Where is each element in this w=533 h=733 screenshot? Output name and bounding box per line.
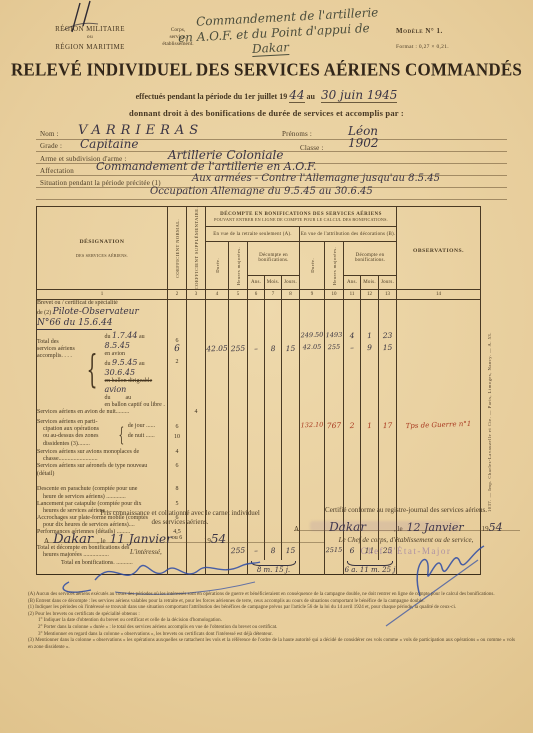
left-date-line: A Dakar , le 11 Janvier 1954	[44, 530, 324, 543]
right-year-hw: 54	[489, 521, 503, 534]
brevet-handwritten-1: Pilote-Observateur	[53, 307, 139, 317]
region-line1: RÉGION MILITAIRE	[38, 24, 142, 34]
left-date-hw: 11 Janvier	[110, 532, 172, 546]
stamp-smudge	[310, 521, 460, 531]
brevet-line1: Brevet ou / certificat de spécialité	[37, 300, 167, 307]
participation-de-jour: de jour ......	[128, 423, 155, 430]
classe-label: Classe :	[300, 144, 324, 152]
total-date3-hw: 9.5.45	[112, 358, 137, 367]
header-ans-b: Ans.	[344, 275, 361, 290]
left-year-hw: 54	[211, 532, 226, 546]
total-label-1: Total des	[37, 339, 80, 346]
footnote-1: (1) Indiquer les périodes où l'intéressé…	[28, 605, 515, 612]
header-decorations: En vue de l'attribution des décorations …	[300, 227, 397, 242]
table-row-total-services: Total des services aériens accomplis. . …	[37, 330, 481, 410]
cell-a-duree: 42.05	[206, 343, 228, 353]
affectation-value: Commandement de l'artillerie en A.O.F.	[96, 160, 317, 173]
subtitle-year1-handwritten: 44	[289, 88, 304, 103]
participation-de-nuit: de nuit ......	[128, 433, 155, 440]
footnote-a: (A) Aucun des services aériens exécutés …	[28, 592, 515, 599]
header-decompte-bonif-a: Décompte en bonifications.	[248, 242, 300, 276]
header-coefficient-supplementaire: COEFFICIENT SUPPLÉMENTAIRE.	[187, 207, 206, 290]
classe-value: 1902	[348, 136, 379, 150]
region-line3: RÉGION MARITIME	[38, 42, 142, 52]
header-retraite: En vue de la retraite seulement (A).	[206, 227, 300, 242]
brevet-handwritten-2: N°66 du 15.6.44	[37, 318, 112, 330]
header-mois-b: Mois.	[361, 275, 379, 290]
footnote-3: (3) Mentionner dans la colonne « observa…	[28, 638, 515, 651]
coef-avion: 6	[168, 338, 186, 344]
footnote-2-2: 2° Porter dans la colonne « durée » : le…	[28, 625, 515, 632]
header-heures-majorees-a: Heures majorées.	[229, 242, 248, 290]
decompte-subtitle: POUVANT ENTRER EN LIGNE DE COMPTE POUR L…	[206, 217, 396, 222]
subtitle-date2-handwritten: 30 juin 1945	[321, 88, 397, 103]
header-duree-a: Durée.	[206, 242, 229, 290]
header-duree-b: Durée.	[300, 242, 325, 290]
subtitle-bonifications: donnant droit à des bonifications de dur…	[0, 108, 533, 118]
table-row-avion-nuit: Services aériens en avion de nuit.......…	[37, 409, 481, 419]
cell-a-mois: 8	[265, 343, 281, 353]
footnote-2-3: 3° Mentionner en regard dans la colonne …	[28, 632, 515, 639]
designation-subtitle: DES SERVICES AÉRIENS.	[37, 253, 167, 258]
situation-label: Situation pendant la période précitée (1…	[40, 179, 161, 187]
coef-ballon: 2	[168, 359, 186, 365]
region-line2: ou	[38, 34, 142, 42]
column-number-row: 12 34 56 78 910 1112 1314	[37, 290, 481, 300]
nom-label: Nom :	[40, 130, 59, 138]
scanned-form-page: RÉGION MILITAIRE ou RÉGION MARITIME Corp…	[0, 0, 533, 733]
brace: {	[119, 424, 125, 444]
header-decompte: DÉCOMPTE EN BONIFICATIONS DES SERVICES A…	[206, 207, 397, 227]
footnote-2: (2) Pour les brevets ou certificats de s…	[28, 612, 515, 619]
header-observations: OBSERVATIONS.	[397, 207, 481, 290]
left-place-hw: Dakar	[53, 532, 93, 547]
nom-value: VARRIERAS	[78, 123, 203, 138]
total-date4-hw: 30.6.45	[105, 368, 136, 377]
table-row-monoplaces: Services aériens sur avions monoplaces d…	[37, 449, 481, 463]
total-en-avion: en avion	[105, 351, 168, 358]
grade-value: Capitaine	[80, 137, 139, 151]
printer-imprint: 1037. — Imp. Charles-Lavauzelle et Cie. …	[487, 212, 492, 512]
designation-title: DÉSIGNATION	[37, 239, 167, 245]
header-designation: DÉSIGNATION DES SERVICES AÉRIENS.	[37, 207, 168, 290]
decompte-title: DÉCOMPTE EN BONIFICATIONS DES SERVICES A…	[206, 212, 396, 217]
right-attestation: Certifié conforme au registre-journal de…	[290, 506, 522, 514]
header-jours-a: Jours.	[282, 275, 300, 290]
situation-value-1: Aux armées - Contre l'Allemagne jusqu'au…	[192, 173, 440, 184]
field-rule	[36, 199, 507, 200]
subtitle-au: au	[307, 92, 315, 101]
header-coefficient-normal: COEFFICIENT NORMAL.	[168, 207, 187, 290]
total-date2-hw: 8.5.45	[105, 341, 130, 350]
footnotes: (A) Aucun des services aériens exécutés …	[28, 592, 515, 651]
format-label: Format : 0,27 × 0,21.	[396, 44, 521, 50]
situation-value-2: Occupation Allemagne du 9.5.45 au 30.6.4…	[150, 186, 373, 197]
header-jours-b: Jours.	[379, 275, 397, 290]
subtitle-period: effectués pendant la période du 1er juil…	[0, 88, 533, 102]
affectation-label: Affectation	[40, 167, 74, 175]
grade-label: Grade :	[40, 142, 62, 150]
modele-label: Modèle N° 1.	[396, 27, 516, 35]
header-ans-a: Ans.	[248, 275, 265, 290]
left-attestation-line2: des services aériens.	[40, 518, 320, 526]
cell-a-hmaj: 255	[229, 343, 247, 353]
cell-a-jours: 15	[282, 343, 299, 353]
unit-handwritten-line3: Dakar	[252, 40, 290, 57]
observation-guerre: Tps de Guerre n°1	[397, 420, 480, 431]
coef-avion-hw: 6	[168, 343, 186, 354]
total-ballon-captif: en ballon captif ou libre .	[105, 402, 168, 409]
total-struck-text: en ballon dirigeable	[105, 378, 153, 384]
total-date1-hw: 1.7.44	[112, 331, 137, 340]
total-label-3: accomplis. . . .	[37, 353, 80, 360]
subtitle-printed: effectués pendant la période du 1er juil…	[136, 92, 288, 101]
total-label-2: services aériens	[37, 346, 80, 353]
table-row-brevet: Brevet ou / certificat de spécialité de …	[37, 300, 481, 330]
header-mois-a: Mois.	[265, 275, 282, 290]
total-avion-hw: avion	[105, 385, 127, 394]
brevet-line2: de (2)	[37, 310, 51, 316]
table-row-aeronefs: Services aériens sur aéronefs de type no…	[37, 463, 481, 478]
header-heures-majorees-b: Heures majorées.	[325, 242, 344, 290]
region-block: RÉGION MILITAIRE ou RÉGION MARITIME	[38, 24, 142, 52]
prenoms-label: Prénoms :	[282, 130, 312, 138]
left-attestation-line1: Pris connaissance et collationné avec le…	[40, 509, 320, 517]
table-row-participation: Services aériens en parti- cipation aux …	[37, 419, 481, 449]
footnote-b: (B) Entrent dans ce décompte : les servi…	[28, 599, 515, 606]
table-row-parachute: Descente en parachute (comptée pour une …	[37, 486, 481, 500]
header-decompte-bonif-b: Décompte en bonifications.	[344, 242, 397, 276]
brace: {	[87, 350, 98, 388]
footnote-2-1: 1° Indiquer la date d'obtention du breve…	[28, 618, 515, 625]
page-title: RELEVÉ INDIVIDUEL DES SERVICES AÉRIENS C…	[0, 59, 533, 81]
cell-a-ans: –	[248, 343, 264, 353]
